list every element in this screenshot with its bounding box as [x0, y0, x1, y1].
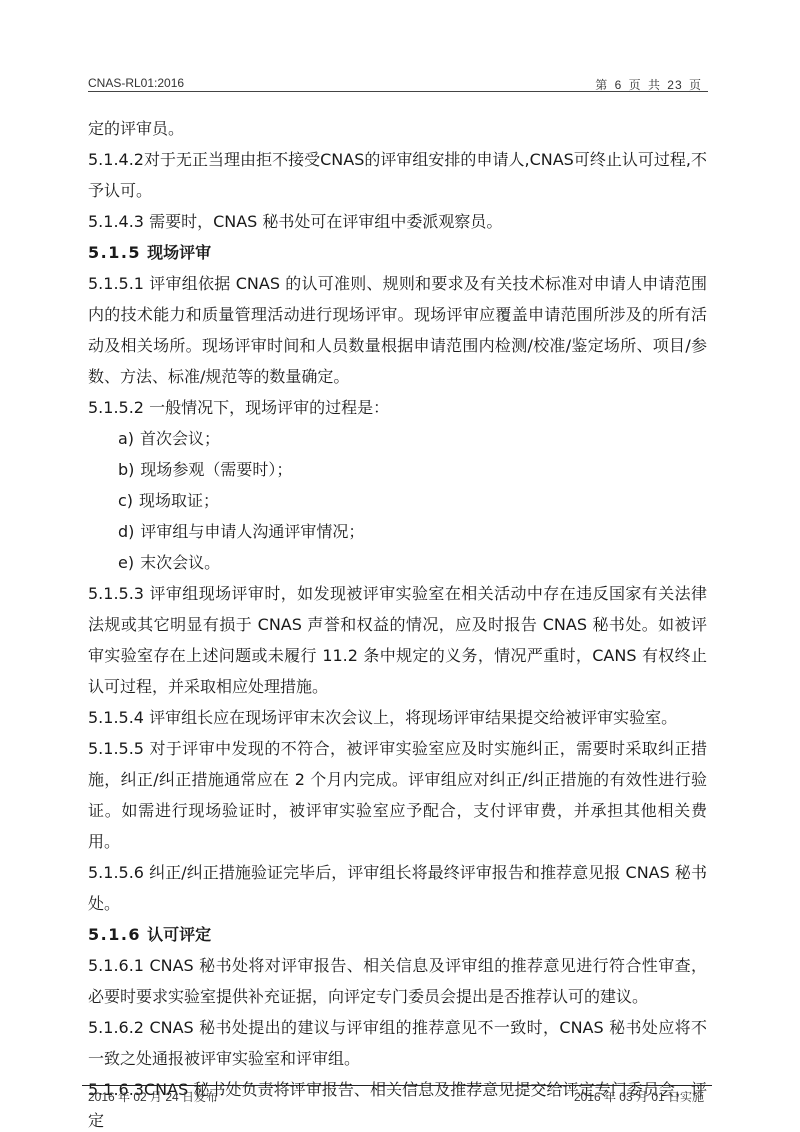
paragraph-5-1-5-5: 5.1.5.5 对于评审中发现的不符合，被评审实验室应及时实施纠正，需要时采取纠… — [88, 733, 707, 857]
section-title: 现场评审 — [147, 243, 211, 262]
list-item: e)末次会议。 — [88, 547, 707, 578]
paragraph: 定的评审员。 — [88, 113, 707, 144]
list-item: d)评审组与申请人沟通评审情况； — [88, 516, 707, 547]
paragraph-5-1-6-2: 5.1.6.2 CNAS 秘书处提出的建议与评审组的推荐意见不一致时，CNAS … — [88, 1012, 707, 1074]
section-heading-5-1-5: 5.1.5现场评审 — [88, 237, 707, 268]
list-item: a)首次会议； — [88, 423, 707, 454]
paragraph-5-1-5-3: 5.1.5.3 评审组现场评审时，如发现被评审实验室在相关活动中存在违反国家有关… — [88, 578, 707, 702]
list-marker: e) — [118, 553, 134, 572]
document-body: 定的评审员。 5.1.4.2对于无正当理由拒不接受CNAS的评审组安排的申请人,… — [88, 113, 707, 1132]
page-header: CNAS-RL01:2016 第 6 页 共 23 页 — [88, 76, 708, 92]
list-item: c)现场取证； — [88, 485, 707, 516]
paragraph-5-1-4-3: 5.1.4.3 需要时，CNAS 秘书处可在评审组中委派观察员。 — [88, 206, 707, 237]
list-text: 现场参观（需要时）； — [140, 460, 292, 479]
section-number: 5.1.5 — [88, 243, 141, 262]
page-number: 第 6 页 共 23 页 — [595, 76, 702, 93]
list-text: 现场取证； — [139, 491, 219, 510]
section-number: 5.1.6 — [88, 925, 141, 944]
page-footer: 2016 年 02 月 24 日发布 2016 年 03 月 01 日实施 — [82, 1085, 712, 1106]
section-heading-5-1-6: 5.1.6认可评定 — [88, 919, 707, 950]
list-text: 首次会议； — [140, 429, 220, 448]
paragraph-5-1-5-1: 5.1.5.1 评审组依据 CNAS 的认可准则、规则和要求及有关技术标准对申请… — [88, 268, 707, 392]
paragraph-5-1-4-2: 5.1.4.2对于无正当理由拒不接受CNAS的评审组安排的申请人,CNAS可终止… — [88, 144, 707, 206]
list-marker: a) — [118, 429, 134, 448]
section-title: 认可评定 — [147, 925, 211, 944]
list-marker: c) — [118, 491, 133, 510]
paragraph-5-1-5-4: 5.1.5.4 评审组长应在现场评审末次会议上，将现场评审结果提交给被评审实验室… — [88, 702, 707, 733]
list-item: b)现场参观（需要时）； — [88, 454, 707, 485]
list-text: 评审组与申请人沟通评审情况； — [140, 522, 364, 541]
issue-date: 2016 年 02 月 24 日发布 — [88, 1088, 218, 1105]
paragraph-5-1-5-2: 5.1.5.2 一般情况下，现场评审的过程是： — [88, 392, 707, 423]
list-marker: b) — [118, 460, 134, 479]
list-marker: d) — [118, 522, 134, 541]
effective-date: 2016 年 03 月 01 日实施 — [574, 1088, 704, 1105]
document-code: CNAS-RL01:2016 — [88, 76, 184, 90]
list-text: 末次会议。 — [140, 553, 220, 572]
paragraph-5-1-6-1: 5.1.6.1 CNAS 秘书处将对评审报告、相关信息及评审组的推荐意见进行符合… — [88, 950, 707, 1012]
paragraph-5-1-5-6: 5.1.5.6 纠正/纠正措施验证完毕后，评审组长将最终评审报告和推荐意见报 C… — [88, 857, 707, 919]
